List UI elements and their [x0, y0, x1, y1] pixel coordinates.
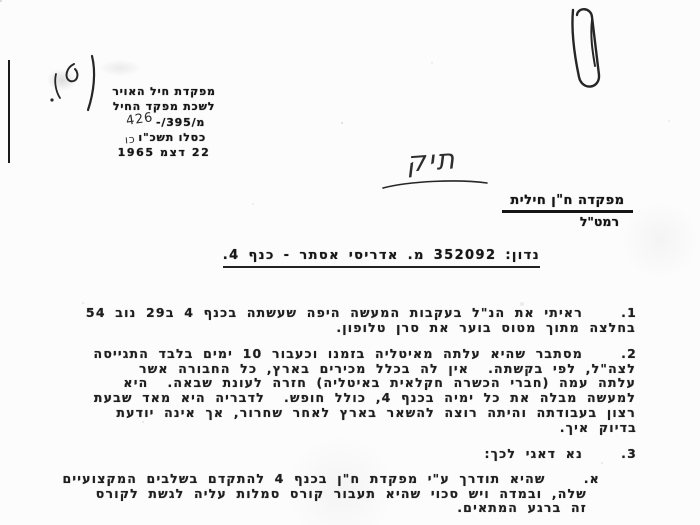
stamp-gregorian-date: 22 דצמ 1965 — [98, 145, 230, 160]
typed-line-p2-3: עלתה עמה (חברי הכשרה חקלאית באיטליה) חזר… — [123, 375, 636, 390]
paperclip-icon — [552, 2, 612, 100]
typed-line-p2-2: לצה"ל, לפי בקשתה. אין לה בכלל מכירים באר… — [139, 361, 636, 376]
date-stamp: מפקדת חיל האויר לשכת מפקד החיל מ/395/-42… — [98, 84, 230, 160]
typed-line-p1-1: 1. ראיתי את הנ"ל בעקבות המעשה היפה שעשתה… — [86, 305, 637, 320]
stamp-hebrew-date-handwritten: כו — [121, 131, 139, 148]
typed-line-p2-6: בדיוק איך. — [560, 420, 637, 435]
subject-line: נדון: 352092 מ. אדריסי אסתר - כנף 4. — [223, 248, 540, 268]
typed-line-pa-3: זה ברגע המתאים. — [457, 500, 587, 515]
scan-noise — [0, 0, 2, 2]
stamp-office-line: לשכת מפקד החיל — [98, 99, 230, 114]
recipient-unit: מפקדה ח"ן חילית — [502, 193, 633, 213]
scanned-document-page: מפקדת חיל האויר לשכת מפקד החיל מ/395/-42… — [0, 0, 700, 525]
typed-line-pa-2: שלה, ובמדה ויש סכוי שהיא תעבור קורס סמלו… — [96, 486, 587, 501]
typed-line-p2-5: רצון בעבודתה והיתה רוצה להשאר בארץ לאחר … — [116, 405, 636, 420]
handwritten-scribble — [44, 48, 106, 116]
recipient-header: מפקדה ח"ן חילית רמט"ל — [502, 193, 633, 229]
typed-line-p2-4: למעשה מבלה את כל ימיה בכנף 4, כולל חופש.… — [94, 390, 636, 405]
typed-line-p2-1: 2. מסתבר שהיא עלתה מאיטליה בזמנו וכעבור … — [94, 346, 637, 361]
stamp-reference-printed: מ/395/- — [156, 116, 205, 129]
scan-edge-line — [8, 60, 10, 163]
typed-line-pa-1: א. שהיא תודרך ע"י מפקדת ח"ן בכנף 4 להתקד… — [63, 471, 600, 486]
stamp-hebrew-date-printed: כסלו תשכ"ו — [138, 131, 206, 144]
stamp-reference-line: מ/395/-426 — [98, 115, 230, 130]
typed-line-p3-1: 3. נא דאגי לכך: — [484, 446, 637, 461]
file-note: תיק — [405, 142, 458, 178]
stamp-hebrew-date-line: כסלו תשכ"וכו — [98, 130, 230, 145]
typed-line-p1-2: בחלצה מתוך מטוס בוער את סרן טלופון. — [336, 320, 636, 335]
recipient-role: רמט"ל — [502, 214, 633, 229]
file-note-underline — [380, 178, 490, 192]
stamp-unit-line: מפקדת חיל האויר — [98, 84, 230, 99]
